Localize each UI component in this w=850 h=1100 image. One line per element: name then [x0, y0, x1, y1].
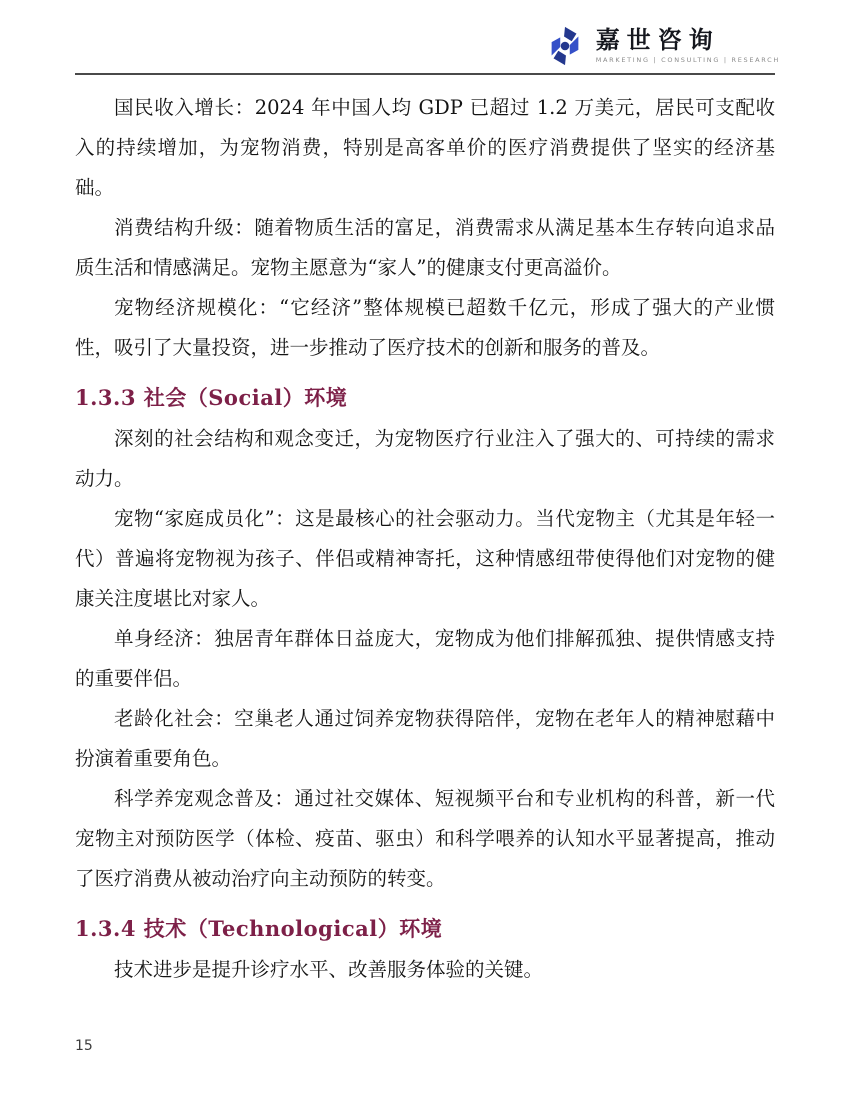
logo-company-name: 嘉世咨询: [596, 27, 780, 53]
page-number: 15: [75, 1038, 93, 1054]
heading-1-3-3-social-environment: 1.3.3 社会（Social）环境: [75, 383, 775, 413]
paragraph-social-intro: 深刻的社会结构和观念变迁，为宠物医疗行业注入了强大的、可持续的需求动力。: [75, 419, 775, 499]
document-page: 嘉世咨询 MARKETING | CONSULTING | RESEARCH 国…: [0, 0, 850, 1100]
logo-text-block: 嘉世咨询 MARKETING | CONSULTING | RESEARCH: [596, 24, 780, 64]
paragraph-family-memberization: 宠物“家庭成员化”：这是最核心的社会驱动力。当代宠物主（尤其是年轻一代）普遍将宠…: [75, 499, 775, 619]
paragraph-income-growth: 国民收入增长：2024 年中国人均 GDP 已超过 1.2 万美元，居民可支配收…: [75, 88, 775, 208]
paragraph-single-economy: 单身经济：独居青年群体日益庞大，宠物成为他们排解孤独、提供情感支持的重要伴侣。: [75, 619, 775, 699]
jiashi-logo-icon: [544, 24, 586, 68]
logo-tagline: MARKETING | CONSULTING | RESEARCH: [596, 56, 780, 64]
paragraph-consumption-upgrade: 消费结构升级：随着物质生活的富足，消费需求从满足基本生存转向追求品质生活和情感满…: [75, 208, 775, 288]
header-divider: [75, 73, 775, 75]
paragraph-tech-intro: 技术进步是提升诊疗水平、改善服务体验的关键。: [75, 950, 775, 990]
company-logo: 嘉世咨询 MARKETING | CONSULTING | RESEARCH: [544, 24, 780, 68]
paragraph-aging-society: 老龄化社会：空巢老人通过饲养宠物获得陪伴，宠物在老年人的精神慰藉中扮演着重要角色…: [75, 699, 775, 779]
heading-1-3-4-technological-environment: 1.3.4 技术（Technological）环境: [75, 914, 775, 944]
document-body: 国民收入增长：2024 年中国人均 GDP 已超过 1.2 万美元，居民可支配收…: [75, 88, 775, 990]
paragraph-pet-economy-scale: 宠物经济规模化：“它经济”整体规模已超数千亿元，形成了强大的产业惯性，吸引了大量…: [75, 288, 775, 368]
paragraph-science-pet-care: 科学养宠观念普及：通过社交媒体、短视频平台和专业机构的科普，新一代宠物主对预防医…: [75, 779, 775, 899]
